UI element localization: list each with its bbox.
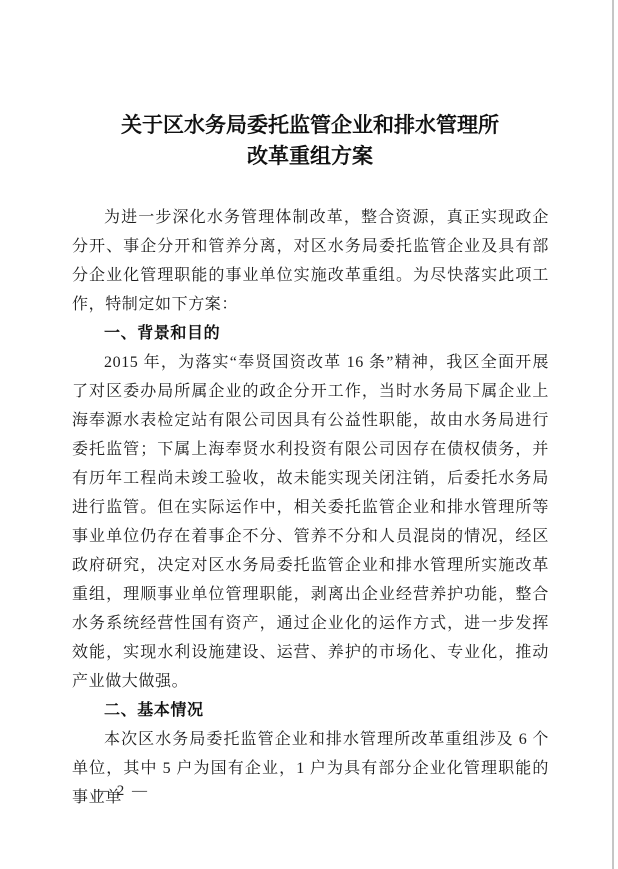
document-title-line1: 关于区水务局委托监管企业和排水管理所: [72, 110, 548, 141]
heading-basic-situation: 二、基本情况: [72, 696, 549, 725]
document-page: 关于区水务局委托监管企业和排水管理所 改革重组方案 为进一步深化水务管理体制改革…: [0, 0, 618, 869]
page-number: — 2 —: [94, 783, 149, 800]
document-title-line2: 改革重组方案: [72, 141, 548, 172]
page-right-edge-line: [612, 0, 614, 869]
document-body: 为进一步深化水务管理体制改革，整合资源，真正实现政企分开、事企分开和管养分离，对…: [72, 203, 549, 812]
document-title: 关于区水务局委托监管企业和排水管理所 改革重组方案: [72, 110, 548, 172]
paragraph-background: 2015 年，为落实“奉贤国资改革 16 条”精神，我区全面开展了对区委办局所属…: [72, 348, 549, 696]
heading-background-and-purpose: 一、背景和目的: [72, 319, 549, 348]
paragraph-intro: 为进一步深化水务管理体制改革，整合资源，真正实现政企分开、事企分开和管养分离，对…: [72, 203, 549, 319]
